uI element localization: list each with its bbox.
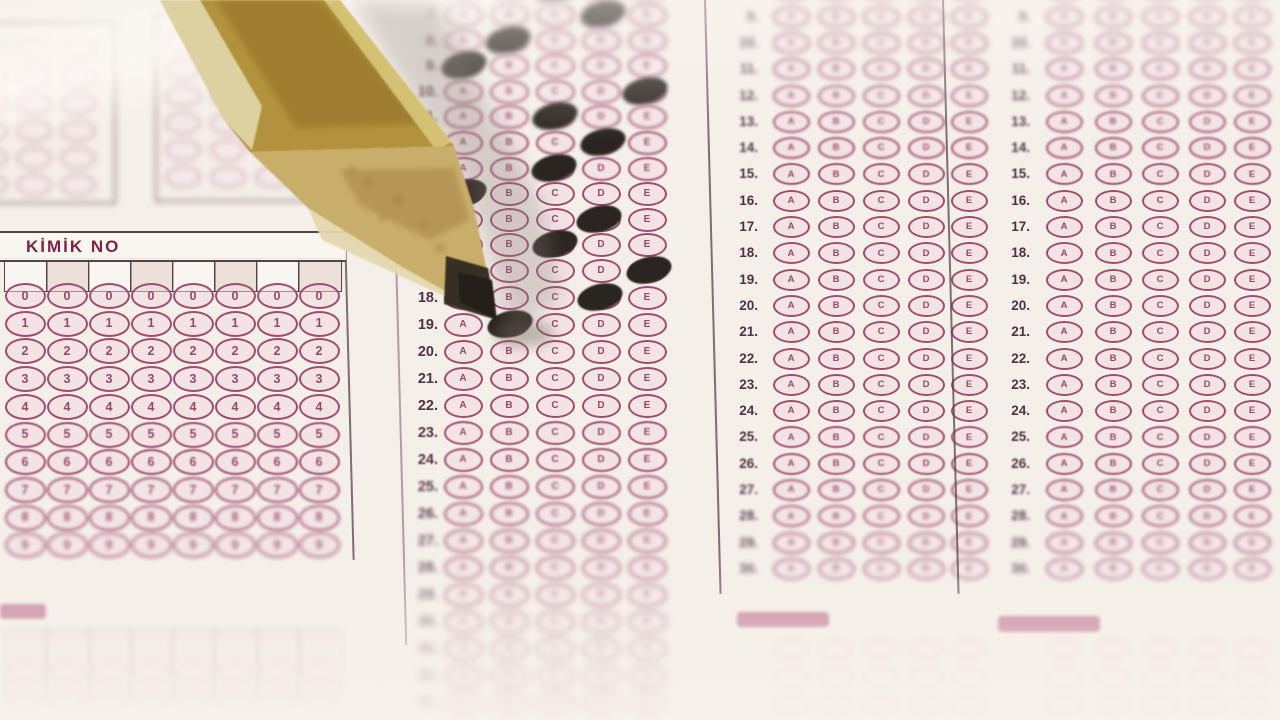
- digit-bubble: 0: [215, 283, 256, 309]
- bubble-D: D: [582, 691, 621, 715]
- question-number: 27.: [982, 482, 1030, 497]
- digit-bubble: 9: [257, 532, 298, 558]
- question-number: 30.: [710, 561, 758, 576]
- id-grid-bubble: [255, 31, 291, 53]
- bubble-B: B: [1095, 348, 1132, 370]
- id-grid-bubble: [210, 85, 246, 107]
- bubble-E: E: [1234, 295, 1271, 317]
- question-number: 24.: [982, 403, 1030, 418]
- bubble-D: D: [582, 529, 621, 553]
- digit-bubble: 6: [47, 449, 88, 475]
- footer-bubble: [1234, 667, 1270, 688]
- id-digit-row: 00000000: [0, 283, 346, 310]
- bubble-D: D: [582, 233, 621, 257]
- id-grid-bubble: [165, 112, 201, 134]
- id-grid-bubble: [255, 85, 291, 107]
- id-digit-row: 88888888: [0, 505, 346, 532]
- bubble-C: C: [536, 664, 575, 688]
- bubble-B: B: [818, 58, 855, 80]
- bubble-C: C: [863, 0, 900, 1]
- digit-bubble: 7: [299, 477, 340, 503]
- footer-bubble: [908, 695, 944, 716]
- bubble-B: B: [490, 583, 529, 607]
- bubble-C: C: [536, 691, 575, 715]
- question-number: 17.: [982, 219, 1030, 234]
- bubble-B: B: [818, 163, 855, 185]
- footer-bubble-row: [771, 667, 989, 689]
- question-number: 14.: [710, 140, 758, 155]
- digit-bubble: 3: [257, 366, 298, 392]
- bubble-A: A: [1046, 163, 1083, 185]
- bubble-B: B: [1095, 400, 1132, 422]
- footer-bubble: [217, 689, 253, 711]
- bubble-B: B: [818, 374, 855, 396]
- digit-bubble: 6: [89, 449, 130, 475]
- bubble-A: A: [773, 32, 810, 54]
- bubble-A: A: [444, 80, 483, 104]
- answer-row: 28.ABCDE: [394, 554, 673, 582]
- bubble-A: A: [444, 367, 483, 391]
- bubble-E: E: [628, 29, 667, 53]
- bubble-B: B: [818, 32, 855, 54]
- question-number: 17.: [710, 219, 758, 234]
- footer-bubble: [773, 695, 809, 716]
- photo-answer-sheet-with-pencil: { "photo": { "objects": ["wooden pencil"…: [0, 0, 1280, 720]
- id-grid-bubble: [210, 31, 246, 53]
- footer-bubble: [818, 639, 854, 660]
- digit-bubble: 6: [173, 449, 214, 475]
- bubble-D: D: [1189, 216, 1226, 238]
- bubble-E: E: [1234, 453, 1271, 475]
- bubble-C: C: [1142, 505, 1179, 527]
- question-number: 23.: [710, 377, 758, 392]
- bubble-B: B: [1095, 32, 1132, 54]
- digit-bubble: 2: [299, 338, 340, 364]
- bubble-D: D: [582, 421, 621, 445]
- bubble-D: D: [908, 558, 945, 580]
- digit-bubble: 0: [47, 283, 88, 309]
- bubble-A: A: [444, 313, 483, 337]
- bubble-D: D: [1189, 321, 1226, 343]
- bubble-B: B: [818, 137, 855, 159]
- bubble-C: C: [536, 208, 575, 232]
- bubble-E: E: [628, 105, 667, 129]
- bubble-D: D: [582, 367, 621, 391]
- answer-row: 29.ABCDE: [982, 529, 1277, 557]
- digit-bubble: 9: [89, 532, 130, 558]
- answer-row: 28.ABCDE: [710, 502, 994, 530]
- answer-row: 22.ABCDE: [394, 392, 673, 420]
- answer-row: 21.ABCDE: [982, 318, 1277, 346]
- bubble-C: C: [863, 558, 900, 580]
- footer-bubble: [1189, 639, 1225, 660]
- bubble-A: A: [444, 556, 483, 580]
- question-number: 19.: [710, 272, 758, 287]
- filled-mark: [485, 306, 536, 342]
- id-digit-row: 22222222: [0, 338, 346, 365]
- answer-row: 25.ABCDE: [710, 423, 994, 451]
- bubble-E: E: [628, 182, 667, 206]
- digit-bubble: 9: [215, 532, 256, 558]
- bubble-D: D: [582, 80, 621, 104]
- bubble-D: D: [582, 313, 621, 337]
- bubble-D: D: [582, 259, 621, 283]
- digit-bubble: 9: [47, 532, 88, 558]
- footer-bubble: [1095, 667, 1131, 688]
- bubble-A: A: [773, 58, 810, 80]
- footer-bubble-row: [1044, 639, 1272, 661]
- bubble-B: B: [818, 242, 855, 264]
- answer-row: 14.ABCDE: [394, 180, 673, 208]
- question-number: 26.: [394, 506, 438, 522]
- id-grid-bubble: [165, 85, 201, 107]
- bubble-A: A: [1046, 295, 1083, 317]
- bubble-B: B: [490, 421, 529, 445]
- bubble-D: D: [582, 664, 621, 688]
- bubble-A: A: [444, 259, 483, 283]
- bubble-A: A: [444, 29, 483, 53]
- bubble-C: C: [863, 453, 900, 475]
- digit-bubble: 3: [215, 366, 256, 392]
- digit-bubble: 3: [131, 366, 172, 392]
- section-header-blob: [0, 604, 46, 619]
- question-number: 29.: [394, 587, 438, 603]
- answer-row: 15.ABCDE: [982, 160, 1277, 188]
- bubble-A: A: [444, 502, 483, 526]
- digit-bubble: 4: [131, 394, 172, 420]
- answer-row: 9.ABCDE: [710, 3, 994, 31]
- bubble-E: E: [1234, 216, 1271, 238]
- id-grid-bubble: [300, 112, 336, 134]
- answer-row: 26.ABCDE: [982, 450, 1277, 478]
- bubble-C: C: [536, 80, 575, 104]
- bubble-B: B: [818, 269, 855, 291]
- question-number: 22.: [710, 351, 758, 366]
- footer-bubble: [773, 639, 809, 660]
- bubble-C: C: [536, 610, 575, 634]
- digit-bubble: 3: [5, 366, 46, 392]
- digit-bubble: 6: [257, 449, 298, 475]
- footer-bubble-row: [771, 695, 989, 717]
- digit-bubble: 1: [47, 311, 88, 337]
- answer-row: 23.ABCDE: [982, 371, 1277, 399]
- bubble-C: C: [863, 374, 900, 396]
- question-number: 31.: [394, 641, 438, 657]
- footer-bubble: [1142, 667, 1178, 688]
- digit-bubble: 5: [89, 422, 130, 448]
- footer-bubble: [773, 667, 809, 688]
- bubble-E: E: [1234, 505, 1271, 527]
- id-grid-bubble: [255, 166, 291, 188]
- digit-bubble: 1: [215, 311, 256, 337]
- bubble-C: C: [863, 111, 900, 133]
- bubble-D: D: [1189, 295, 1226, 317]
- answer-row: 18.ABCDE: [394, 284, 673, 312]
- answer-row: 14.ABCDE: [982, 134, 1277, 162]
- bubble-B: B: [818, 0, 855, 1]
- footer-bubble: [1234, 695, 1270, 716]
- question-number: 28.: [982, 508, 1030, 523]
- footer-bubble: [7, 689, 43, 711]
- bubble-C: C: [863, 6, 900, 28]
- bubble-D: D: [908, 137, 945, 159]
- bubble-A: A: [1046, 374, 1083, 396]
- footer-bubble: [863, 695, 899, 716]
- bubble-B: B: [490, 3, 529, 27]
- id-grid-bubble: [60, 120, 96, 142]
- bubble-D: D: [908, 85, 945, 107]
- bubble-A: A: [1046, 216, 1083, 238]
- id-digit-row: 55555555: [0, 422, 346, 449]
- digit-bubble: 2: [5, 338, 46, 364]
- question-number: 28.: [394, 560, 438, 576]
- answer-row: 18.ABCDE: [982, 239, 1277, 267]
- bubble-C: C: [1142, 137, 1179, 159]
- question-number: 21.: [710, 324, 758, 339]
- bubble-A: A: [773, 111, 810, 133]
- bubble-C: C: [536, 556, 575, 580]
- bubble-A: A: [1046, 137, 1083, 159]
- footer-bubble: [1189, 695, 1225, 716]
- id-digit-row: 33333333: [0, 366, 346, 393]
- bubble-C: C: [1142, 269, 1179, 291]
- id-grid-bubble: [210, 112, 246, 134]
- bubble-C: C: [863, 242, 900, 264]
- bubble-E: E: [628, 54, 667, 78]
- bubble-A: A: [1046, 190, 1083, 212]
- bubble-C: C: [536, 29, 575, 53]
- bubble-B: B: [1095, 558, 1132, 580]
- bubble-B: B: [1095, 269, 1132, 291]
- answer-row: 25.ABCDE: [394, 473, 673, 501]
- bubble-B: B: [490, 610, 529, 634]
- digit-bubble: 8: [173, 505, 214, 531]
- id-grid-bubble: [16, 39, 52, 61]
- bubble-E: E: [628, 475, 667, 499]
- footer-bubble-row: [771, 639, 989, 661]
- answer-row: 27.ABCDE: [982, 476, 1277, 504]
- id-grid-bubble: [255, 112, 291, 134]
- question-number: 10.: [982, 35, 1030, 50]
- bubble-B: B: [1095, 321, 1132, 343]
- bubble-B: B: [490, 208, 529, 232]
- question-number: 30.: [394, 614, 438, 630]
- footer-bubble: [133, 661, 169, 683]
- question-number: 21.: [982, 324, 1030, 339]
- digit-bubble: 8: [299, 505, 340, 531]
- bubble-B: B: [1095, 532, 1132, 554]
- bubble-D: D: [582, 502, 621, 526]
- footer-bubble: [175, 689, 211, 711]
- question-number: 17.: [394, 263, 438, 279]
- answer-row: 33.ABCDE: [394, 689, 673, 717]
- bubble-D: D: [1189, 242, 1226, 264]
- digit-bubble: 3: [89, 366, 130, 392]
- id-grid-bubble: [210, 166, 246, 188]
- bubble-C: C: [863, 32, 900, 54]
- bubble-A: A: [773, 216, 810, 238]
- digit-bubble: 0: [257, 283, 298, 309]
- bubble-B: B: [818, 321, 855, 343]
- question-number: 13.: [710, 114, 758, 129]
- id-digit-row: 66666666: [0, 449, 346, 476]
- answer-row: 20.ABCDE: [982, 292, 1277, 320]
- bubble-A: A: [773, 242, 810, 264]
- digit-bubble: 0: [5, 283, 46, 309]
- footer-bubble: [818, 695, 854, 716]
- bubble-A: A: [1046, 6, 1083, 28]
- bubble-A: A: [773, 190, 810, 212]
- bubble-A: A: [1046, 58, 1083, 80]
- bubble-E: E: [628, 691, 667, 715]
- bubble-D: D: [1189, 374, 1226, 396]
- digit-bubble: 9: [173, 532, 214, 558]
- question-number: 29.: [982, 535, 1030, 550]
- id-grid-bubble: [300, 139, 336, 161]
- bubble-B: B: [490, 475, 529, 499]
- answer-row: 9.ABCDE: [982, 3, 1277, 31]
- id-digit-row: 44444444: [0, 394, 346, 421]
- digit-bubble: 3: [173, 366, 214, 392]
- bubble-A: A: [1046, 532, 1083, 554]
- bubble-D: D: [908, 32, 945, 54]
- bubble-B: B: [1095, 190, 1132, 212]
- bubble-D: D: [1189, 453, 1226, 475]
- digit-bubble: 7: [215, 477, 256, 503]
- footer-bubble: [91, 689, 127, 711]
- bubble-D: D: [908, 426, 945, 448]
- bubble-B: B: [1095, 58, 1132, 80]
- digit-bubble: 7: [173, 477, 214, 503]
- answer-row: 18.ABCDE: [710, 239, 994, 267]
- id-grid-bubble: [165, 166, 201, 188]
- bubble-D: D: [582, 182, 621, 206]
- bubble-D: D: [582, 583, 621, 607]
- bubble-A: A: [1046, 85, 1083, 107]
- bubble-C: C: [1142, 58, 1179, 80]
- id-grid-bubble: [255, 58, 291, 80]
- bubble-A: A: [1046, 400, 1083, 422]
- bubble-D: D: [908, 374, 945, 396]
- footer-bubble: [818, 667, 854, 688]
- digit-bubble: 6: [299, 449, 340, 475]
- id-block-title: KİMİK NO: [0, 237, 120, 257]
- bubble-D: D: [1189, 111, 1226, 133]
- footer-bubble: [7, 661, 43, 683]
- bubble-E: E: [628, 208, 667, 232]
- id-digit-row: 11111111: [0, 311, 346, 338]
- bubble-D: D: [1189, 32, 1226, 54]
- bubble-C: C: [1142, 532, 1179, 554]
- bubble-C: C: [1142, 6, 1179, 28]
- answer-row: 13.ABCDE: [982, 108, 1277, 136]
- bubble-A: A: [444, 340, 483, 364]
- answer-row: 23.ABCDE: [394, 419, 673, 447]
- digit-bubble: 7: [257, 477, 298, 503]
- question-number: 11.: [394, 109, 438, 125]
- footer-bubble: [951, 667, 987, 688]
- bubble-C: C: [863, 348, 900, 370]
- bubble-E: E: [628, 502, 667, 526]
- bubble-E: E: [628, 448, 667, 472]
- bubble-B: B: [490, 637, 529, 661]
- question-number: 16.: [394, 237, 438, 253]
- bubble-B: B: [490, 80, 529, 104]
- bubble-C: C: [536, 475, 575, 499]
- bubble-A: A: [444, 448, 483, 472]
- bubble-C: C: [536, 448, 575, 472]
- bubble-E: E: [1234, 111, 1271, 133]
- footer-bubble: [908, 639, 944, 660]
- bubble-A: A: [773, 295, 810, 317]
- bubble-A: A: [444, 637, 483, 661]
- bubble-E: E: [1234, 85, 1271, 107]
- bubble-E: E: [1234, 163, 1271, 185]
- question-number: 16.: [710, 193, 758, 208]
- bubble-D: D: [908, 505, 945, 527]
- bubble-A: A: [444, 3, 483, 27]
- question-number: 16.: [982, 193, 1030, 208]
- filled-mark: [575, 279, 626, 315]
- id-grid-bubble: [165, 31, 201, 53]
- id-grid-bubble: [60, 147, 96, 169]
- digit-bubble: 0: [173, 283, 214, 309]
- digit-bubble: 5: [215, 422, 256, 448]
- digit-bubble: 3: [299, 366, 340, 392]
- answer-row: 24.ABCDE: [982, 397, 1277, 425]
- question-number: 14.: [982, 140, 1030, 155]
- id-grid-bubble: [165, 58, 201, 80]
- id-grid-bubble: [16, 120, 52, 142]
- bubble-E: E: [1234, 190, 1271, 212]
- bubble-B: B: [1095, 295, 1132, 317]
- answer-row: 29.ABCDE: [710, 529, 994, 557]
- answer-row: 16.ABCDE: [394, 231, 673, 259]
- bubble-C: C: [863, 295, 900, 317]
- bubble-B: B: [1095, 242, 1132, 264]
- bubble-D: D: [1189, 532, 1226, 554]
- bubble-C: C: [863, 137, 900, 159]
- bubble-D: D: [1189, 137, 1226, 159]
- bubble-A: A: [773, 348, 810, 370]
- question-number: 13.: [394, 161, 438, 177]
- id-grid-bubble: [0, 120, 8, 142]
- bubble-C: C: [536, 259, 575, 283]
- bubble-D: D: [908, 216, 945, 238]
- answer-row: 31.ABCDE: [394, 635, 673, 663]
- digit-bubble: 9: [5, 532, 46, 558]
- answer-row: 29.ABCDE: [394, 581, 673, 609]
- digit-bubble: 5: [131, 422, 172, 448]
- question-number: 10.: [710, 35, 758, 50]
- bubble-D: D: [1189, 190, 1226, 212]
- bubble-C: C: [536, 3, 575, 27]
- footer-bubble: [1046, 667, 1082, 688]
- bubble-E: E: [628, 131, 667, 155]
- answer-row: 16.ABCDE: [982, 187, 1277, 215]
- digit-bubble: 6: [5, 449, 46, 475]
- id-grid-bubble: [60, 39, 96, 61]
- bubble-A: A: [444, 131, 483, 155]
- footer-bubble-row: [1044, 667, 1272, 689]
- footer-bubble-row: [0, 661, 346, 683]
- bubble-B: B: [1095, 479, 1132, 501]
- bubble-A: A: [444, 583, 483, 607]
- bubble-A: A: [773, 269, 810, 291]
- digit-bubble: 4: [215, 394, 256, 420]
- footer-bubble: [951, 695, 987, 716]
- id-grid-bubble: [0, 174, 8, 196]
